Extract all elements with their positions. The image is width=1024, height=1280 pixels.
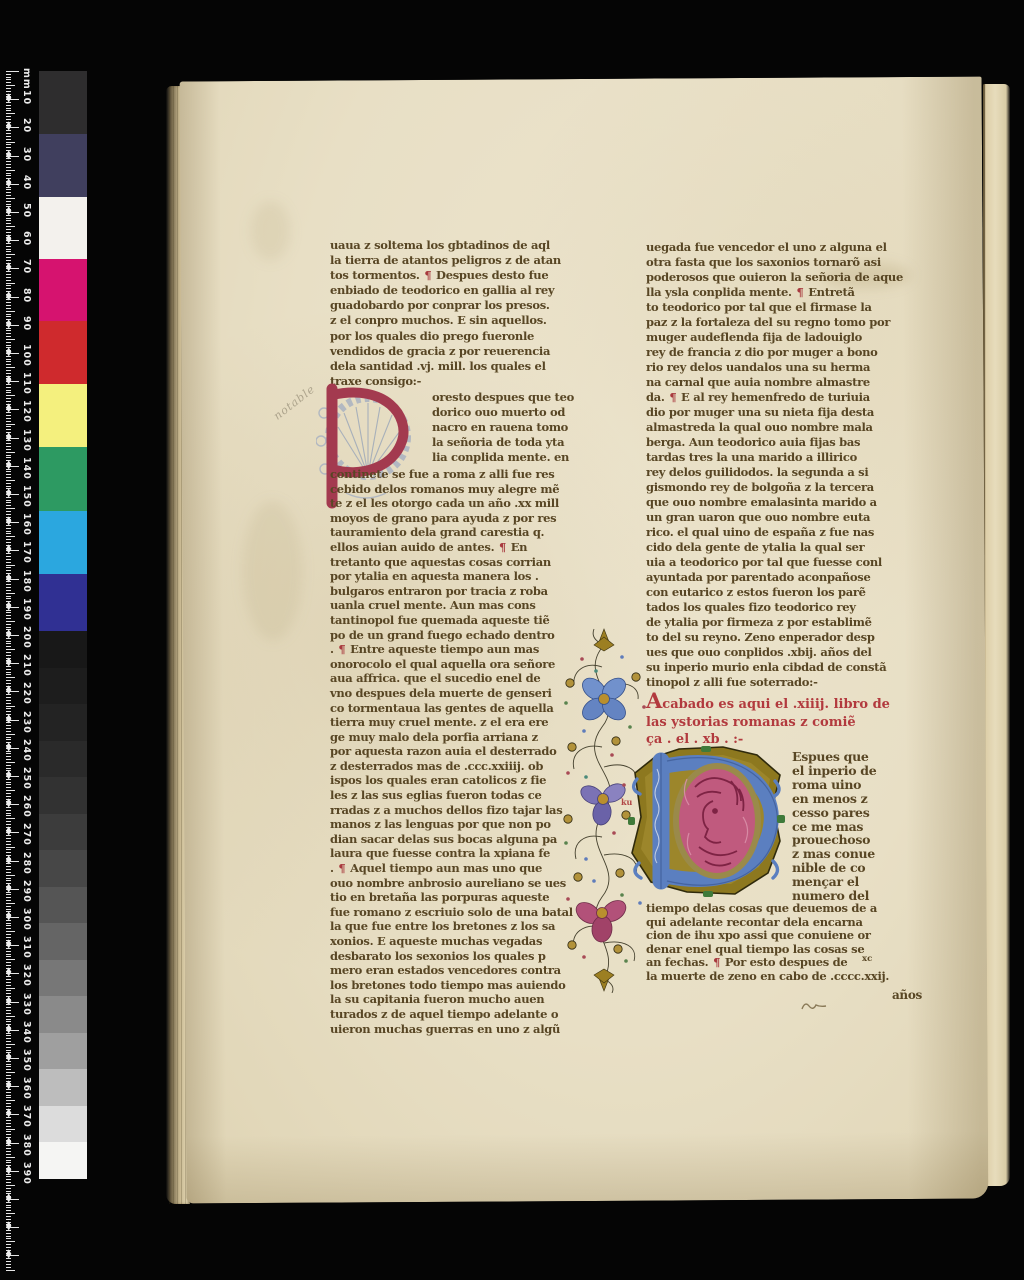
manuscript-text-line: su inperio murio enla cibdad de constã <box>646 660 920 675</box>
ruler-tick <box>6 302 11 303</box>
ruler-tick <box>6 1202 11 1203</box>
ruler-tick <box>6 508 15 509</box>
ruler-tick <box>6 220 11 221</box>
ruler-tick <box>6 311 15 312</box>
ruler-tick <box>6 815 11 816</box>
ruler-tick <box>6 985 11 986</box>
ruler-number-label: 200 <box>21 626 32 649</box>
manuscript-text-line: ues que ouo conplidos .xbij. años del <box>646 645 920 660</box>
manuscript-text-line: prouechoso <box>792 833 922 847</box>
ruler-number-label: 100 <box>21 344 32 367</box>
ruler-tick <box>6 706 15 707</box>
ruler-tick <box>6 869 11 870</box>
ruler-tick <box>6 1033 11 1034</box>
manuscript-text-line: an fechas. ¶ Por esto despues de <box>646 956 924 970</box>
pilcrow-mark: ¶ <box>795 285 804 299</box>
ruler-tick <box>6 920 11 921</box>
ruler-tick <box>6 703 11 704</box>
color-patch-navy <box>39 134 87 197</box>
ruler-tick <box>6 959 15 960</box>
calibration-ruler: ◆◆◆◆◆◆◆◆◆◆◆◆◆◆◆◆◆◆◆◆◆◆◆◆◆◆◆◆◆◆◆◆◆◆◆◆◆◆◆◆… <box>6 62 40 1277</box>
manuscript-text-line: desbarato los sexonios los quales p <box>330 949 582 964</box>
ruler-tick <box>6 838 11 839</box>
manuscript-text-line: cesso pares <box>792 806 922 820</box>
ruler-number-label: 130 <box>21 429 32 452</box>
manuscript-text-line: el inperio de <box>792 764 922 778</box>
manuscript-text-line: rio rey delos uandalos una su herma <box>646 360 920 375</box>
ruler-tick <box>6 976 11 977</box>
ruler-tick <box>6 1013 11 1014</box>
manuscript-text-line: uaua z soltema los gbtadinos de aql <box>330 238 582 253</box>
ruler-tick <box>6 751 11 752</box>
ruler-tick <box>6 1238 11 1239</box>
ruler-tick <box>6 226 15 227</box>
ruler-tick <box>6 500 11 501</box>
manuscript-text-line: vno despues dela muerte de genseri <box>330 686 582 701</box>
ruler-tick <box>6 643 11 644</box>
ruler-tick <box>6 243 11 244</box>
ruler-tick <box>6 251 11 252</box>
ruler-tick <box>6 218 11 219</box>
ruler-tick <box>6 553 11 554</box>
ruler-tick <box>6 756 11 757</box>
left-column-paragraph-1: uaua z soltema los gbtadinos de aqlla ti… <box>330 238 582 389</box>
ruler-tick <box>6 158 11 159</box>
ruler-tick <box>6 424 15 425</box>
ruler-tick <box>6 674 11 675</box>
left-column-dropcap-paragraph: oresto despues que teodorico ouo muerto … <box>432 390 584 465</box>
ruler-tick <box>6 170 15 171</box>
ruler-tick <box>6 863 11 864</box>
ruler-tick <box>6 1120 11 1121</box>
grayscale-step-7 <box>39 850 87 887</box>
ruler-tick <box>6 765 11 766</box>
manuscript-text-line: tardas tres la una marido a illirico <box>646 450 920 465</box>
ruler-tick <box>6 1210 11 1211</box>
ruler-tick <box>6 1174 11 1175</box>
manuscript-text-line: guadobardo por conprar los presos. <box>330 298 582 313</box>
ruler-tick <box>6 737 11 738</box>
ruler-tick <box>6 615 11 616</box>
manuscript-text-line: ayuntada por parentado aconpañose <box>646 570 920 585</box>
ruler-tick <box>6 511 11 512</box>
ruler-tick <box>6 443 11 444</box>
grayscale-step-10 <box>39 960 87 997</box>
manuscript-text-line: aua affrica. que el sucedio enel de <box>330 671 582 686</box>
ruler-tick <box>6 74 11 75</box>
ruler-number-label: 40 <box>21 175 32 190</box>
grayscale-step-6 <box>39 814 87 851</box>
ruler-tick <box>6 449 11 450</box>
ruler-number-label: 30 <box>21 147 32 162</box>
ruler-tick <box>6 1216 11 1217</box>
ruler-tick <box>6 844 11 845</box>
ruler-tick <box>6 708 11 709</box>
ruler-tick <box>6 415 11 416</box>
ruler-tick <box>6 906 11 907</box>
manuscript-text-line: qui adelante recontar dela encarna <box>646 916 924 930</box>
ruler-tick <box>6 900 11 901</box>
ruler-number-label: 390 <box>21 1162 32 1185</box>
ruler-tick <box>6 988 15 989</box>
ruler-tick <box>6 624 11 625</box>
ruler-tick <box>6 762 15 763</box>
ruler-tick <box>6 390 11 391</box>
ruler-tick <box>6 387 11 388</box>
ruler-tick <box>6 474 11 475</box>
ruler-tick <box>6 314 11 315</box>
ruler-tick <box>6 923 11 924</box>
ruler-tick <box>6 779 11 780</box>
ruler-tick <box>6 866 11 867</box>
ruler-unit-label: mm <box>21 68 32 90</box>
ruler-tick <box>6 1182 11 1183</box>
ruler-tick <box>6 192 11 193</box>
ruler-tick <box>6 308 11 309</box>
ruler-tick <box>6 142 15 143</box>
manuscript-text-line: tiempo delas cosas que deuemos de a <box>646 902 924 916</box>
ruler-tick <box>6 962 11 963</box>
ruler-tick <box>6 505 11 506</box>
ruler-number-label: 60 <box>21 231 32 246</box>
manuscript-text-line: la señoria de toda yta <box>432 435 584 450</box>
ruler-tick <box>6 1044 15 1045</box>
manuscript-text-line: ouo nombre anbrosio aureliano se ues <box>330 876 582 891</box>
ruler-tick <box>6 562 11 563</box>
ruler-tick <box>6 934 11 935</box>
ruler-tick <box>6 471 11 472</box>
manuscript-text-line: uanla cruel mente. Aun mas cons <box>330 598 582 613</box>
ruler-number-label: 350 <box>21 1049 32 1072</box>
ruler-tick <box>6 948 11 949</box>
ruler-tick <box>6 305 11 306</box>
color-patch-white <box>39 197 87 259</box>
ruler-tick <box>6 782 11 783</box>
manuscript-text-line: les z las sus eglias fueron todas ce <box>330 788 582 803</box>
ruler-tick <box>6 77 11 78</box>
manuscript-text-line: la su capitania fueron mucho auen <box>330 992 582 1007</box>
ruler-tick <box>6 339 15 340</box>
manuscript-text-line: la tierra de atantos peligros z de atan <box>330 253 582 268</box>
ruler-tick <box>6 133 11 134</box>
ruler-tick <box>6 587 11 588</box>
ruler-number-label: 110 <box>21 372 32 395</box>
manuscript-text-line: tinopol z alli fue soterrado:- <box>646 675 920 690</box>
ruler-tick <box>6 847 15 848</box>
ruler-number-label: 210 <box>21 654 32 677</box>
ruler-tick <box>6 1188 11 1189</box>
ruler-tick <box>6 728 11 729</box>
ruler-tick <box>6 223 11 224</box>
ruler-tick <box>6 697 11 698</box>
rubric-explicit-incipit: Acabado es aqui el .xiiij. libro delas y… <box>646 694 908 749</box>
ruler-tick <box>6 195 11 196</box>
ruler-tick <box>6 652 11 653</box>
manuscript-text-line: onorocolo el qual aquella ora señore <box>330 657 582 672</box>
ruler-tick <box>6 1095 11 1096</box>
ruler-tick <box>6 384 11 385</box>
ruler-tick <box>6 925 11 926</box>
ruler-tick <box>6 392 11 393</box>
ruler-tick <box>6 455 11 456</box>
pilcrow-mark: ¶ <box>668 390 677 404</box>
ruler-tick <box>6 1151 11 1152</box>
ruler-tick <box>6 559 11 560</box>
manuscript-text-line: uia a teodorico por tal que fuesse conl <box>646 555 920 570</box>
manuscript-text-line: . ¶ Entre aqueste tiempo aun mas <box>330 642 582 657</box>
ruler-tick <box>6 841 11 842</box>
ruler-tick <box>6 130 11 131</box>
manuscript-text-line: nible de co <box>792 861 922 875</box>
ruler-tick <box>6 892 11 893</box>
manuscript-text-line: rey de francia z dio por muger a bono <box>646 345 920 360</box>
manuscript-text-line: vendidos de gracia z por reuerencia <box>330 344 582 359</box>
ruler-tick <box>6 164 11 165</box>
ruler-tick <box>6 189 11 190</box>
manuscript-text-line: mero eran estados vencedores contra <box>330 963 582 978</box>
grayscale-step-13 <box>39 1069 87 1106</box>
manuscript-text-line: lla ysla conplida mente. ¶ Entretã <box>646 285 920 300</box>
manuscript-text-line: ge muy malo dela porfia arriana z <box>330 730 582 745</box>
manuscript-text-line: z el conpro muchos. E sin aquellos. <box>330 313 582 328</box>
ruler-tick <box>6 818 15 819</box>
ruler-tick <box>6 167 11 168</box>
screenshot-root: { "calibration": { "unit_label": "mm", "… <box>0 0 1024 1280</box>
right-column-closing: tiempo delas cosas que deuemos de aqui a… <box>646 902 924 983</box>
ruler-tick <box>6 1007 11 1008</box>
ruler-tick <box>6 1126 11 1127</box>
ruler-tick <box>6 894 11 895</box>
ruler-tick <box>6 790 15 791</box>
pilcrow-mark: ¶ <box>712 955 721 969</box>
manuscript-text-line: poderosos que ouieron la señoria de aque <box>646 270 920 285</box>
ruler-tick <box>6 669 11 670</box>
ruler-number-label: 80 <box>21 288 32 303</box>
ruler-tick <box>6 1066 11 1067</box>
ruler-tick <box>6 1064 11 1065</box>
margin-guide-letters: ku <box>621 797 632 807</box>
ruler-tick <box>6 497 11 498</box>
ruler-tick <box>6 618 11 619</box>
ruler-number-label: 220 <box>21 682 32 705</box>
manuscript-text-line: z desterrados mas de .ccc.xxiiij. ob <box>330 759 582 774</box>
ruler-number-label: 150 <box>21 485 32 508</box>
ruler-tick <box>6 1117 11 1118</box>
manuscript-text-line: tauramiento dela grand carestia q. <box>330 525 582 540</box>
manuscript-text-line: las ystorias romanas z comiẽ <box>646 714 908 732</box>
manuscript-text-line: fue romano z escriuio solo de una batal <box>330 905 582 920</box>
ruler-tick <box>6 1097 11 1098</box>
ruler-number-label: 260 <box>21 795 32 818</box>
ruler-tick <box>6 102 11 103</box>
ruler-tick <box>6 807 11 808</box>
ruler-tick <box>6 1129 15 1130</box>
ruler-tick <box>6 539 11 540</box>
ruler-tick <box>6 531 11 532</box>
color-patch-yellow <box>39 384 87 447</box>
color-patch-red <box>39 321 87 384</box>
color-patch-indigo <box>39 574 87 631</box>
ruler-tick <box>6 731 11 732</box>
ruler-tick <box>6 452 15 453</box>
ruler-tick <box>6 666 11 667</box>
ruler-tick <box>6 1176 11 1177</box>
ruler-tick <box>6 412 11 413</box>
manuscript-text-line: lia conplida mente. en <box>432 450 584 465</box>
ruler-tick <box>6 672 11 673</box>
ruler-tick <box>6 990 11 991</box>
ruler-tick <box>6 1179 11 1180</box>
manuscript-text-line: da. ¶ E al rey hemenfredo de turiuia <box>646 390 920 405</box>
manuscript-text-line: rico. el qual uino de españa z fue nas <box>646 525 920 540</box>
ruler-tick <box>6 1038 11 1039</box>
grayscale-step-1 <box>39 631 87 668</box>
manuscript-text-line: por ytalia en aquesta manera los . <box>330 569 582 584</box>
manuscript-text-line: ce me mas <box>792 820 922 834</box>
manuscript-text-line: cion de ihu xpo assi que conuiene or <box>646 929 924 943</box>
ruler-tick <box>6 1072 15 1073</box>
ruler-tick <box>6 565 15 566</box>
ruler-tick <box>6 584 11 585</box>
grayscale-step-8 <box>39 887 87 924</box>
ruler-tick <box>6 677 15 678</box>
manuscript-text-line: uieron muchas guerras en uno z algũ <box>330 1022 582 1037</box>
ruler-tick <box>6 198 15 199</box>
ruler-tick <box>6 271 11 272</box>
pilcrow-mark: ¶ <box>337 861 346 875</box>
ruler-tick <box>6 722 11 723</box>
ruler-number-label: 330 <box>21 993 32 1016</box>
manuscript-text-line: dian sacar delas sus bocas alguna pa <box>330 832 582 847</box>
manuscript-text-line: to teodorico por tal que el firmase la <box>646 300 920 315</box>
ruler-tick <box>6 361 11 362</box>
ruler-tick <box>6 257 11 258</box>
ruler-tick <box>6 1270 15 1271</box>
ruler-number-label: 340 <box>21 1021 32 1044</box>
ruler-number-label: 70 <box>21 259 32 274</box>
ruler-tick <box>6 398 11 399</box>
manuscript-text-line: denar enel qual tiempo las cosas se <box>646 943 924 957</box>
manuscript-text-line: to del su reyno. Zeno enperador desp <box>646 630 920 645</box>
manuscript-text-line: po de un grand fuego echado dentro <box>330 628 582 643</box>
manuscript-text-line: tados los quales fizo teodorico rey <box>646 600 920 615</box>
ruler-tick <box>6 229 11 230</box>
ruler-tick <box>6 612 11 613</box>
ruler-tick <box>6 931 15 932</box>
ruler-tick <box>6 1145 11 1146</box>
ruler-tick <box>6 1205 11 1206</box>
ruler-number-label: 280 <box>21 852 32 875</box>
grayscale-step-3 <box>39 704 87 741</box>
ruler-tick <box>6 536 15 537</box>
ruler-tick <box>6 567 11 568</box>
grayscale-step-4 <box>39 741 87 778</box>
ruler-tick <box>6 333 11 334</box>
ruler-tick <box>6 1123 11 1124</box>
ruler-tick <box>6 359 11 360</box>
ruler-tick <box>6 108 11 109</box>
manuscript-text-line: mençar el <box>792 875 922 889</box>
right-column-body: uegada fue vencedor el uno z alguna elot… <box>646 240 920 690</box>
ruler-tick <box>6 79 11 80</box>
ruler-tick <box>6 593 15 594</box>
ruler-tick <box>6 480 15 481</box>
ruler-tick <box>6 1092 11 1093</box>
ruler-tick <box>6 116 11 117</box>
left-column-body: continete se fue a roma z alli fue resce… <box>330 467 582 1036</box>
ruler-tick <box>6 649 15 650</box>
ruler-tick <box>6 1004 11 1005</box>
ruler-tick <box>6 810 11 811</box>
parchment-stain <box>250 201 290 261</box>
ruler-tick <box>6 1148 11 1149</box>
ruler-tick <box>6 1035 11 1036</box>
ruler-tick <box>6 88 11 89</box>
ruler-tick <box>6 249 11 250</box>
ruler-tick <box>6 336 11 337</box>
ruler-tick <box>6 370 11 371</box>
ruler-number-label: 120 <box>21 400 32 423</box>
ruler-tick <box>6 328 11 329</box>
ruler-tick <box>6 875 15 876</box>
ruler-tick <box>6 342 11 343</box>
ruler-tick <box>6 1047 11 1048</box>
ruler-tick <box>6 753 11 754</box>
ruler-tick <box>6 1160 11 1161</box>
manuscript-text-line: manos z las lenguas por que non po <box>330 817 582 832</box>
grayscale-step-11 <box>39 996 87 1033</box>
manuscript-text-line: almastreda la qual ouo nombre mala <box>646 420 920 435</box>
ruler-tick <box>6 1261 11 1262</box>
pilcrow-mark: ¶ <box>337 642 346 656</box>
ruler-tick <box>6 1075 11 1076</box>
ruler-tick <box>6 954 11 955</box>
ruler-tick <box>6 254 15 255</box>
manuscript-text-line: paz z la fortaleza del su regno tomo por <box>646 315 920 330</box>
manuscript-text-line: uegada fue vencedor el uno z alguna el <box>646 240 920 255</box>
ruler-tick <box>6 872 11 873</box>
ruler-tick <box>6 1230 11 1231</box>
ruler-tick <box>6 71 19 72</box>
ruler-number-label: 180 <box>21 570 32 593</box>
ruler-tick <box>6 533 11 534</box>
manuscript-text-line: los bretones todo tiempo mas auiendo <box>330 978 582 993</box>
ruler-tick <box>6 1069 11 1070</box>
manuscript-text-line: z mas conue <box>792 847 922 861</box>
ruler-tick <box>6 1019 11 1020</box>
manuscript-text-line: berga. Aun teodorico auia fijas bas <box>646 435 920 450</box>
ruler-tick <box>6 1213 15 1214</box>
ruler-tick <box>6 356 11 357</box>
manuscript-text-line: tio en bretaña las porpuras aqueste <box>330 890 582 905</box>
grayscale-step-12 <box>39 1033 87 1070</box>
ruler-number-label: 140 <box>21 457 32 480</box>
manuscript-text-line: continete se fue a roma z alli fue res <box>330 467 582 482</box>
manuscript-text-line: un gran uaron que ouo nombre euta <box>646 510 920 525</box>
ruler-tick <box>6 139 11 140</box>
manuscript-text-line: tos tormentos. ¶ Despues desto fue <box>330 268 582 283</box>
manuscript-text-line: tantinopol fue quemada aqueste tiẽ <box>330 613 582 628</box>
ruler-tick <box>6 144 11 145</box>
ruler-tick <box>6 502 11 503</box>
ruler-tick <box>6 646 11 647</box>
ruler-tick <box>6 787 11 788</box>
ruler-number-label: 300 <box>21 908 32 931</box>
ruler-tick <box>6 277 11 278</box>
manuscript-text-line: tretanto que aquestas cosas corrian <box>330 555 582 570</box>
manuscript-text-line: ispos los quales eran catolicos z fie <box>330 773 582 788</box>
ruler-tick <box>6 979 11 980</box>
